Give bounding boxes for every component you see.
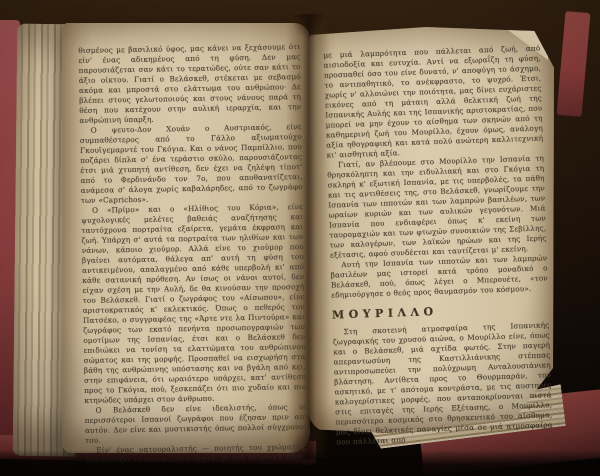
right-page-text: με μιά λαμπρότητα που πάλλεται από ζωή, … <box>323 44 554 464</box>
paragraph: με μιά λαμπρότητα που πάλλεται από ζωή, … <box>323 44 544 161</box>
paragraph: Είν' ένας νατουραλιστής — ποιητής του χρ… <box>85 442 307 466</box>
paragraph: θισμένος με βασιλικό ύφος, μας κάνει να … <box>78 42 301 126</box>
book-cover-top-right-edge <box>557 11 591 117</box>
paragraph: Ο ψευτο-Δον Χουάν ο Αυστριακός, είνε συμ… <box>80 122 303 206</box>
section-heading-murillo: ΜΟΥΡΙΛΛΟ <box>332 303 549 320</box>
left-page-text: θισμένος με βασιλικό ύφος, μας κάνει να … <box>78 42 308 476</box>
book-photo: θισμένος με βασιλικό ύφος, μας κάνει να … <box>0 0 600 476</box>
paragraph: Γιατί, αν βλέπουμε στο Μουρίλλο την Ισπα… <box>327 153 547 260</box>
page-number-left: 152 <box>48 469 270 476</box>
paragraph: Στη σκοτεινή ατμοσφαίρα της Ισπανικής ζω… <box>332 320 553 447</box>
paragraph: Ο Βελάσκεθ δεν είνε ιδεαλιστής, όπως οι … <box>84 402 307 446</box>
paragraph: Αυτή την Ισπανία των ιπποτών και των λαμ… <box>330 253 548 300</box>
paragraph: Ο «Πρίμο» και ο «Ηλίθιος του Κόρια», είν… <box>81 202 306 406</box>
